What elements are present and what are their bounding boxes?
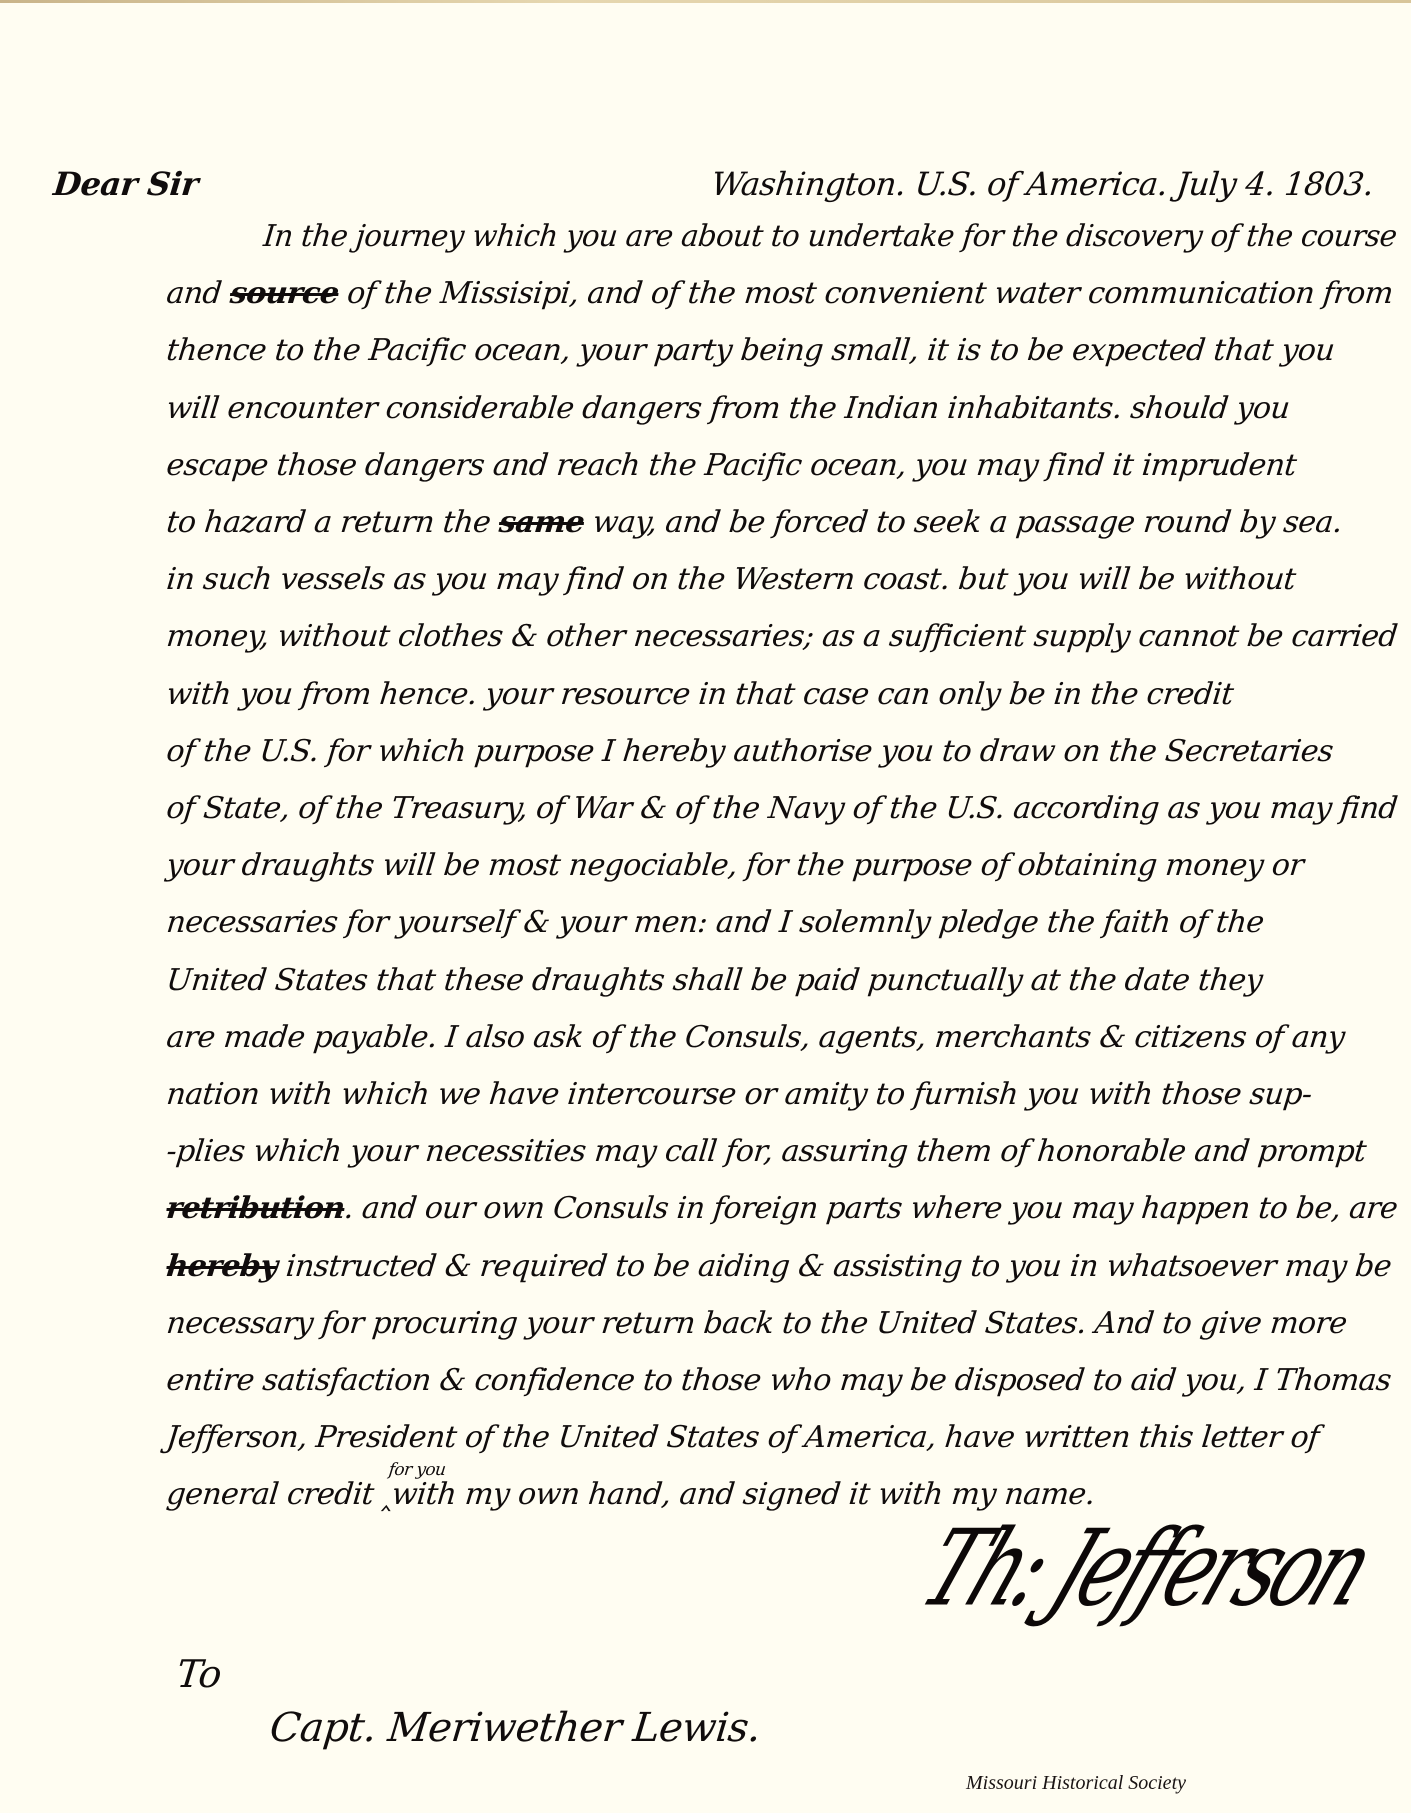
struck-word: source (228, 276, 340, 311)
letter-line: escape those dangers and reach the Pacif… (165, 451, 1297, 481)
archive-credit: Missouri Historical Society (966, 1772, 1186, 1795)
letter-line: general credit for you‸with my own hand,… (165, 1480, 1096, 1510)
letter-line: of the U.S. for which purpose I hereby a… (165, 737, 1334, 767)
letter-line: money, without clothes & other necessari… (165, 622, 1399, 652)
letter-line: your draughts will be most negociable, f… (165, 851, 1305, 881)
letter-line: Jefferson, President of the United State… (165, 1423, 1320, 1453)
struck-word: retribution (165, 1191, 346, 1226)
salutation: Dear Sir (52, 168, 200, 200)
letter-line: are made payable. I also ask of the Cons… (165, 1023, 1346, 1053)
letter-line: hereby instructed & required to be aidin… (165, 1252, 1393, 1282)
addressee: Capt. Meriwether Lewis. (268, 1708, 762, 1748)
to-label: To (175, 1655, 223, 1693)
paper-top-edge (0, 0, 1411, 3)
interlinear-insertion: for you (388, 1462, 446, 1479)
dateline: Washington. U.S. of America. July 4. 180… (710, 168, 1375, 200)
struck-word: hereby (165, 1249, 279, 1284)
letter-line: will encounter considerable dangers from… (165, 394, 1291, 424)
letter-line: with you from hence. your resource in th… (165, 680, 1234, 710)
letter-line: United States that these draughts shall … (165, 966, 1264, 996)
letter-line: nation with which we have intercourse or… (165, 1080, 1313, 1110)
letter-line: necessary for procuring your return back… (165, 1309, 1348, 1339)
letter-line: In the journey which you are about to un… (262, 222, 1398, 252)
struck-word: same (497, 505, 585, 540)
signature: Th: Jefferson (905, 1509, 1385, 1631)
letter-line: retribution. and our own Consuls in fore… (165, 1194, 1399, 1224)
letter-line: of State, of the Treasury, of War & of t… (165, 794, 1399, 824)
letter-line: necessaries for yourself & your men: and… (165, 908, 1265, 938)
letter-line: thence to the Pacific ocean, your party … (165, 336, 1336, 366)
letter-line: entire satisfaction & confidence to thos… (165, 1366, 1392, 1396)
letter-line: to hazard a return the same way, and be … (165, 508, 1343, 538)
letter-line: and source of the Missisipi, and of the … (165, 279, 1394, 309)
letter-line: -plies which your necessities may call f… (165, 1137, 1367, 1167)
letter-line: in such vessels as you may find on the W… (165, 565, 1297, 595)
